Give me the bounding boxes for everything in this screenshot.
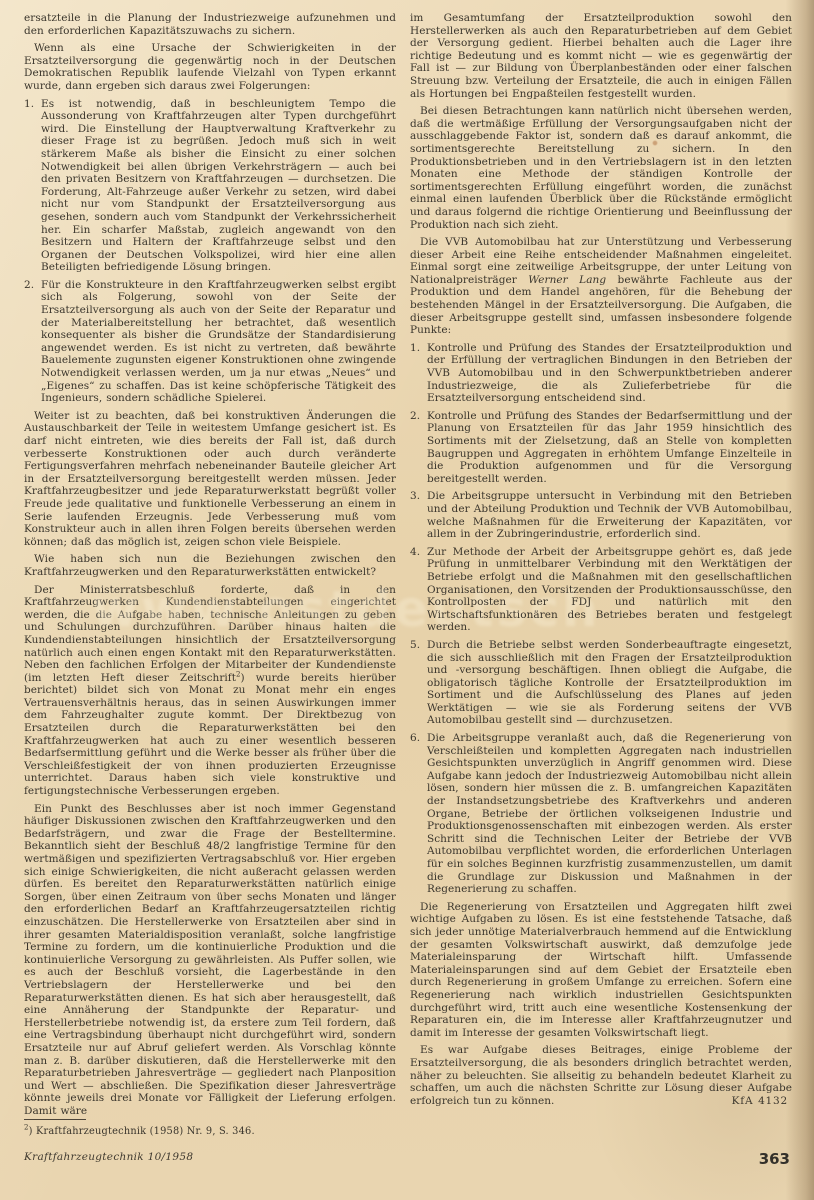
text-run: Für die Konstrukteure in den Kraftfahrze… (41, 279, 396, 404)
list-item: 4.Zur Methode der Arbeit der Arbeitsgrup… (410, 546, 792, 634)
text-run: Ein Punkt des Beschlusses aber ist noch … (24, 803, 396, 1117)
item-number: 6. (410, 732, 420, 745)
list-item: 1.Es ist notwendig, daß in beschleunigte… (24, 98, 396, 274)
text-run: ersatzteile in die Planung der Industrie… (24, 12, 396, 37)
text-run: im Gesamtumfang der Ersatzteilproduktion… (410, 12, 792, 100)
right-column: im Gesamtumfang der Ersatzteilproduktion… (410, 12, 792, 1117)
paragraph: Bei diesen Betrachtungen kann natürlich … (410, 105, 792, 231)
list-item: 3.Die Arbeitsgruppe untersucht in Verbin… (410, 490, 792, 540)
item-number: 5. (410, 639, 420, 652)
text-run: Die Regenerierung von Ersatzteilen und A… (410, 901, 792, 1039)
footnote-rule (24, 1119, 86, 1120)
paragraph: Wie haben sich nun die Beziehungen zwisc… (24, 553, 396, 578)
text-run: Wie haben sich nun die Beziehungen zwisc… (24, 553, 396, 578)
scanned-journal-page: www.ostdeutsch ersatzteile in die Planun… (0, 0, 814, 1200)
list-item: 2.Kontrolle und Prüfung des Standes der … (410, 410, 792, 486)
footnote-text: ) Kraftfahrzeugtechnik (1958) Nr. 9, S. … (29, 1126, 255, 1137)
paragraph: Weiter ist zu beachten, daß bei konstruk… (24, 410, 396, 549)
left-column: ersatzteile in die Planung der Industrie… (24, 12, 396, 1117)
text-run: Durch die Betriebe selbst werden Sonderb… (427, 639, 792, 727)
paragraph: ersatzteile in die Planung der Industrie… (24, 12, 396, 37)
list-item: 1.Kontrolle und Prüfung des Standes der … (410, 342, 792, 405)
article-body: ersatzteile in die Planung der Industrie… (0, 0, 814, 1117)
paragraph: Der Ministerratsbeschluß forderte, daß i… (24, 584, 396, 798)
item-number: 1. (410, 342, 420, 355)
text-run: Weiter ist zu beachten, daß bei konstruk… (24, 410, 396, 548)
list-item: 6.Die Arbeitsgruppe veranlaßt auch, daß … (410, 732, 792, 896)
footnote: 2) Kraftfahrzeugtechnik (1958) Nr. 9, S.… (24, 1126, 255, 1137)
text-run: Die Arbeitsgruppe untersucht in Verbindu… (427, 490, 792, 540)
list-item: 5.Durch die Betriebe selbst werden Sonde… (410, 639, 792, 727)
text-run: Die Arbeitsgruppe veranlaßt auch, daß di… (427, 732, 792, 895)
item-number: 2. (410, 410, 420, 423)
text-run: Kontrolle und Prüfung des Standes der Be… (427, 410, 792, 485)
paragraph: Wenn als eine Ursache der Schwierigkeite… (24, 42, 396, 92)
text-run: Wenn als eine Ursache der Schwierigkeite… (24, 42, 396, 92)
text-run: Werner Lang (528, 274, 606, 286)
text-run: Der Ministerratsbeschluß forderte, daß i… (24, 584, 396, 684)
text-run: Bei diesen Betrachtungen kann natürlich … (410, 105, 792, 230)
item-number: 2. (24, 279, 34, 292)
paragraph: Ein Punkt des Beschlusses aber ist noch … (24, 803, 396, 1118)
text-run: Kontrolle und Prüfung des Standes der Er… (427, 342, 792, 404)
text-run: Es ist notwendig, daß in beschleunigtem … (41, 98, 396, 274)
text-run: KfA 4132 (732, 1095, 788, 1107)
item-number: 1. (24, 98, 34, 111)
item-number: 3. (410, 490, 420, 503)
item-number: 4. (410, 546, 420, 559)
paragraph: Die Regenerierung von Ersatzteilen und A… (410, 901, 792, 1040)
list-item: 2.Für die Konstrukteure in den Kraftfahr… (24, 279, 396, 405)
text-run: ) wurde bereits hierüber berichtet) bild… (24, 672, 396, 797)
text-run: Zur Methode der Arbeit der Arbeitsgruppe… (427, 546, 792, 634)
journal-footer: Kraftfahrzeugtechnik 10/1958 (24, 1151, 193, 1163)
page-number: 363 (759, 1150, 790, 1168)
paragraph: Die VVB Automobilbau hat zur Unterstützu… (410, 236, 792, 337)
paragraph: im Gesamtumfang der Ersatzteilproduktion… (410, 12, 792, 100)
